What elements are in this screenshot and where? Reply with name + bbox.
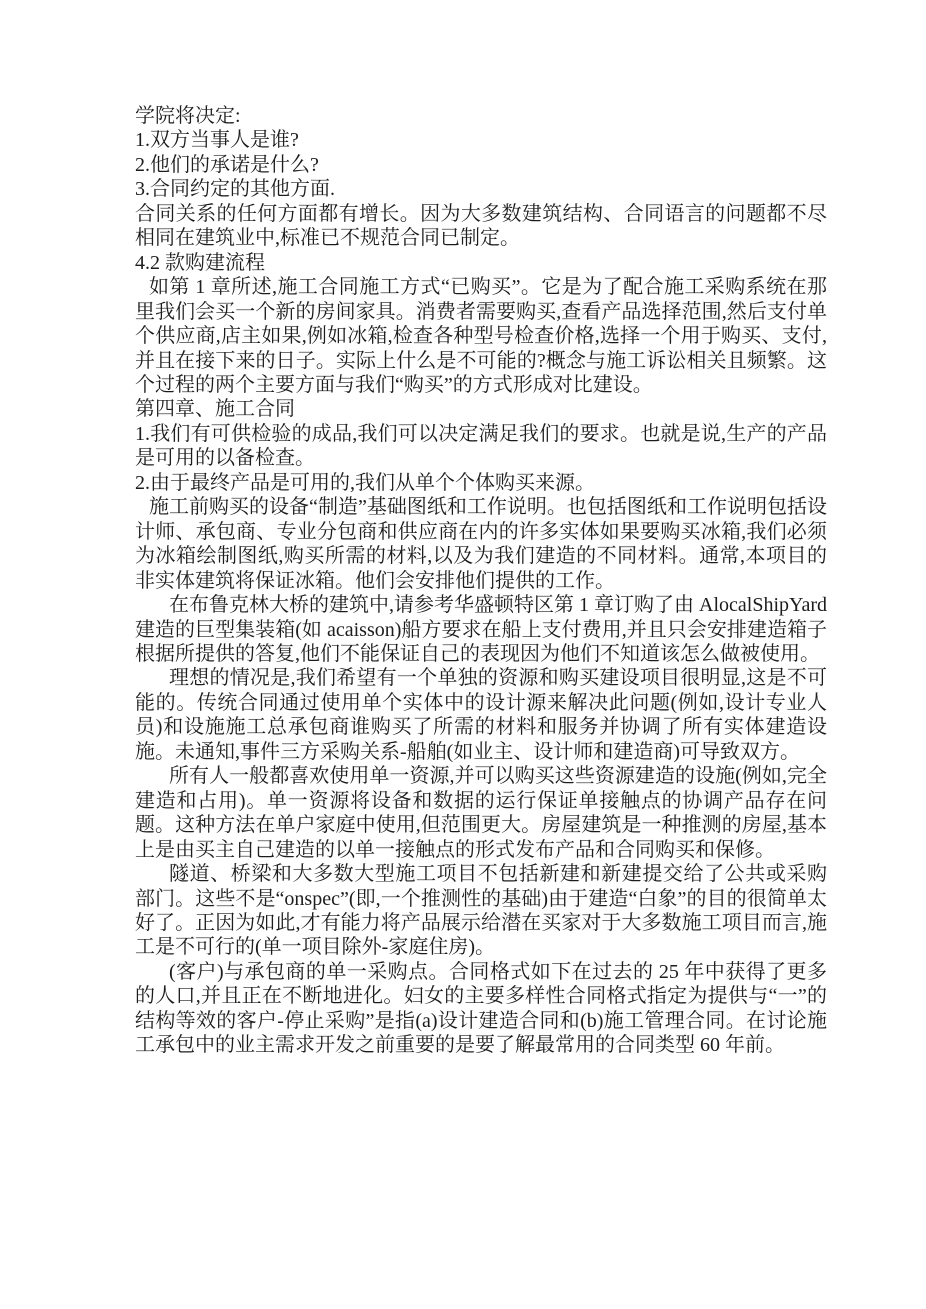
paragraph-11: 施工前购买的设备“制造”基础图纸和工作说明。也包括图纸和工作说明包括设计师、承包… — [135, 495, 827, 593]
paragraph-13: 理想的情况是,我们希望有一个单独的资源和购买建设项目很明显,这是不可能的。传统合… — [135, 666, 827, 764]
paragraph-6: 4.2 款购建流程 — [135, 251, 827, 275]
paragraph-12: 在布鲁克林大桥的建筑中,请参考华盛顿特区第 1 章订购了由 AlocalShip… — [135, 593, 827, 666]
paragraph-2: 1.双方当事人是谁? — [135, 128, 827, 152]
paragraph-10: 2.由于最终产品是可用的,我们从单个个体购买来源。 — [135, 471, 827, 495]
paragraph-1: 学院将决定: — [135, 104, 827, 128]
document-page: 学院将决定: 1.双方当事人是谁? 2.他们的承诺是什么? 3.合同约定的其他方… — [0, 0, 926, 1309]
paragraph-9: 1.我们有可供检验的成品,我们可以决定满足我们的要求。也就是说,生产的产品是可用… — [135, 422, 827, 471]
paragraph-7: 如第 1 章所述,施工合同施工方式“已购买”。它是为了配合施工采购系统在那里我们… — [135, 275, 827, 397]
paragraph-15: 隧道、桥梁和大多数大型施工项目不包括新建和新建提交给了公共或采购部门。这些不是“… — [135, 862, 827, 960]
paragraph-4: 3.合同约定的其他方面. — [135, 177, 827, 201]
paragraph-8: 第四章、施工合同 — [135, 397, 827, 421]
document-content: 学院将决定: 1.双方当事人是谁? 2.他们的承诺是什么? 3.合同约定的其他方… — [135, 104, 827, 1058]
paragraph-3: 2.他们的承诺是什么? — [135, 153, 827, 177]
paragraph-16: (客户)与承包商的单一采购点。合同格式如下在过去的 25 年中获得了更多的人口,… — [135, 960, 827, 1058]
paragraph-14: 所有人一般都喜欢使用单一资源,并可以购买这些资源建造的设施(例如,完全建造和占用… — [135, 764, 827, 862]
paragraph-5: 合同关系的任何方面都有增长。因为大多数建筑结构、合同语言的问题都不尽相同在建筑业… — [135, 202, 827, 251]
